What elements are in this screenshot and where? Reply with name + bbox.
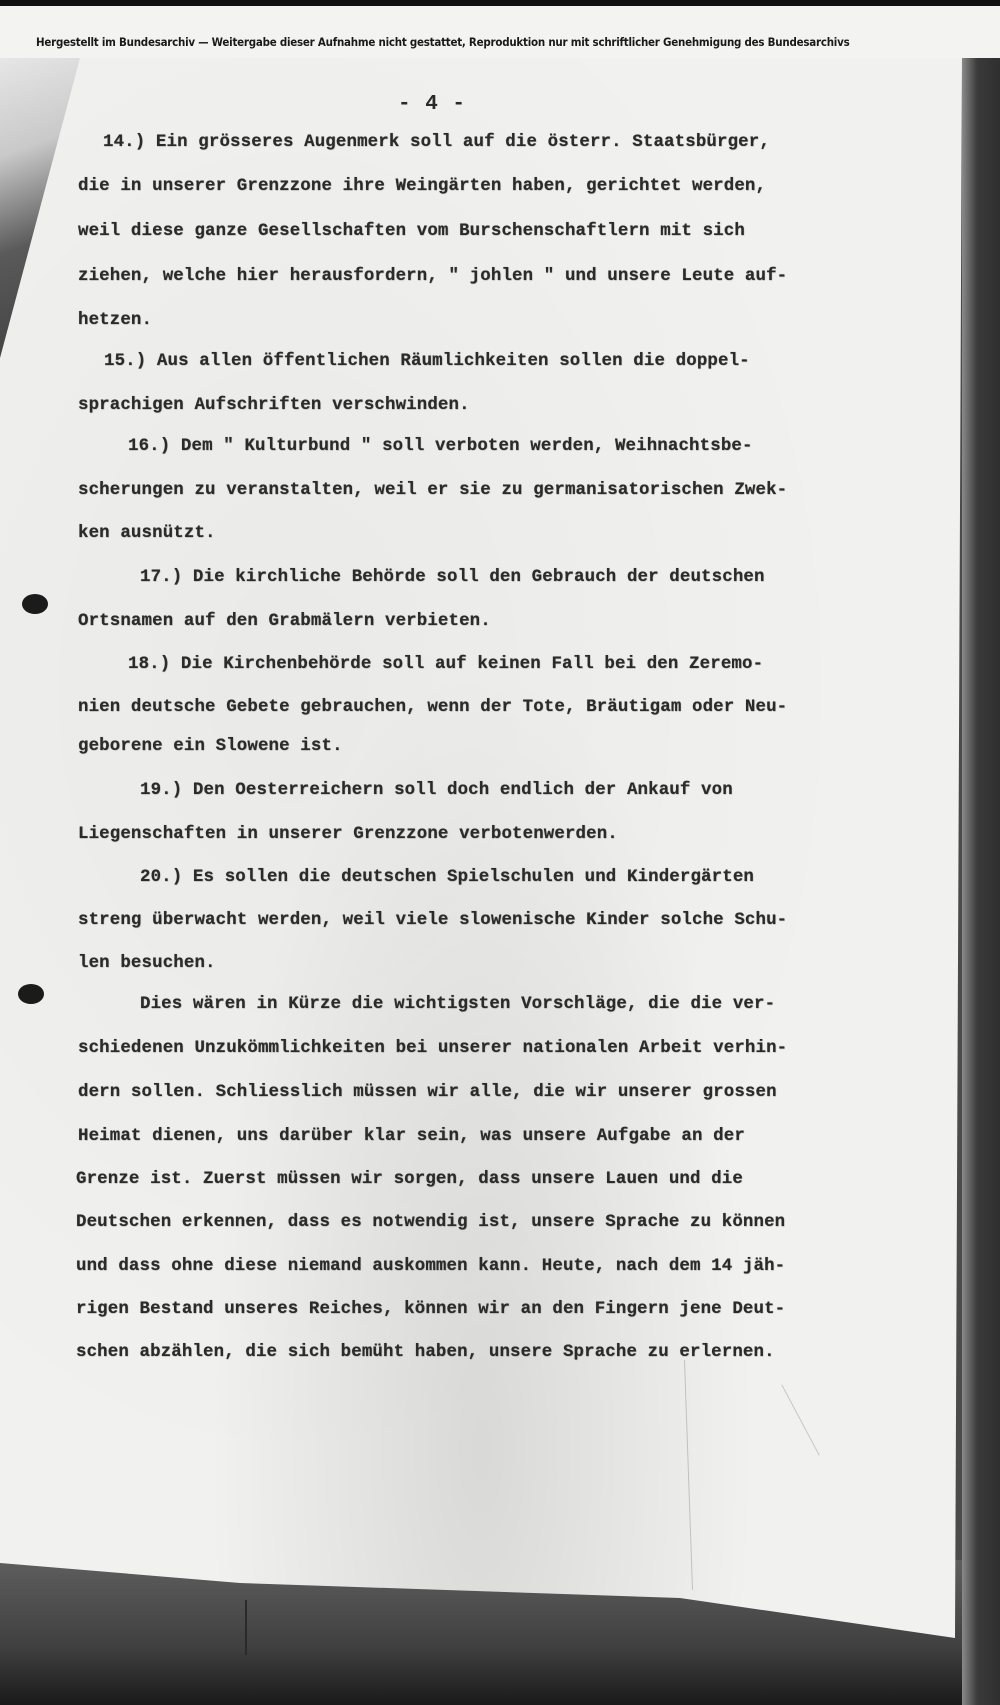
text-line: 15.) Aus allen öffentlichen Räumlichkeit…: [104, 352, 750, 371]
text-line: 20.) Es sollen die deutschen Spielschule…: [140, 868, 754, 887]
page-number: - 4 -: [398, 93, 466, 116]
text-line: 19.) Den Oesterreichern soll doch endlic…: [140, 781, 733, 800]
text-line: ziehen, welche hier herausfordern, " joh…: [78, 267, 787, 286]
text-line: schen abzählen, die sich bemüht haben, u…: [76, 1343, 775, 1362]
text-line: streng überwacht werden, weil viele slow…: [78, 911, 787, 930]
text-line: schiedenen Unzukömmlichkeiten bei unsere…: [78, 1039, 787, 1058]
text-line: rigen Bestand unseres Reiches, können wi…: [76, 1300, 785, 1319]
text-line: 17.) Die kirchliche Behörde soll den Geb…: [140, 568, 765, 587]
text-line: die in unserer Grenzzone ihre Weingärten…: [78, 177, 766, 196]
text-line: ken ausnützt.: [78, 524, 216, 543]
text-line: hetzen.: [78, 311, 152, 330]
text-line: Heimat dienen, uns darüber klar sein, wa…: [78, 1127, 745, 1146]
text-line: Deutschen erkennen, dass es notwendig is…: [76, 1213, 785, 1232]
text-line: nien deutsche Gebete gebrauchen, wenn de…: [78, 698, 787, 717]
text-line: Liegenschaften in unserer Grenzzone verb…: [78, 825, 618, 844]
text-line: dern sollen. Schliesslich müssen wir all…: [78, 1083, 777, 1102]
text-line: weil diese ganze Gesellschaften vom Burs…: [78, 222, 745, 241]
text-line: sprachigen Aufschriften verschwinden.: [78, 396, 470, 415]
text-line: Grenze ist. Zuerst müssen wir sorgen, da…: [76, 1170, 743, 1189]
typewritten-document: - 4 - 14.) Ein grösseres Augenmerk soll …: [0, 0, 1000, 1705]
text-line: len besuchen.: [78, 954, 216, 973]
text-line: geborene ein Slowene ist.: [78, 737, 343, 756]
text-line: und dass ohne diese niemand auskommen ka…: [76, 1257, 785, 1276]
text-line: 18.) Die Kirchenbehörde soll auf keinen …: [128, 655, 763, 674]
text-line: 14.) Ein grösseres Augenmerk soll auf di…: [103, 133, 770, 152]
text-line: scherungen zu veranstalten, weil er sie …: [78, 481, 787, 500]
text-line: Dies wären in Kürze die wichtigsten Vors…: [140, 995, 775, 1014]
text-line: 16.) Dem " Kulturbund " soll verboten we…: [128, 437, 753, 456]
text-line: Ortsnamen auf den Grabmälern verbieten.: [78, 612, 491, 631]
